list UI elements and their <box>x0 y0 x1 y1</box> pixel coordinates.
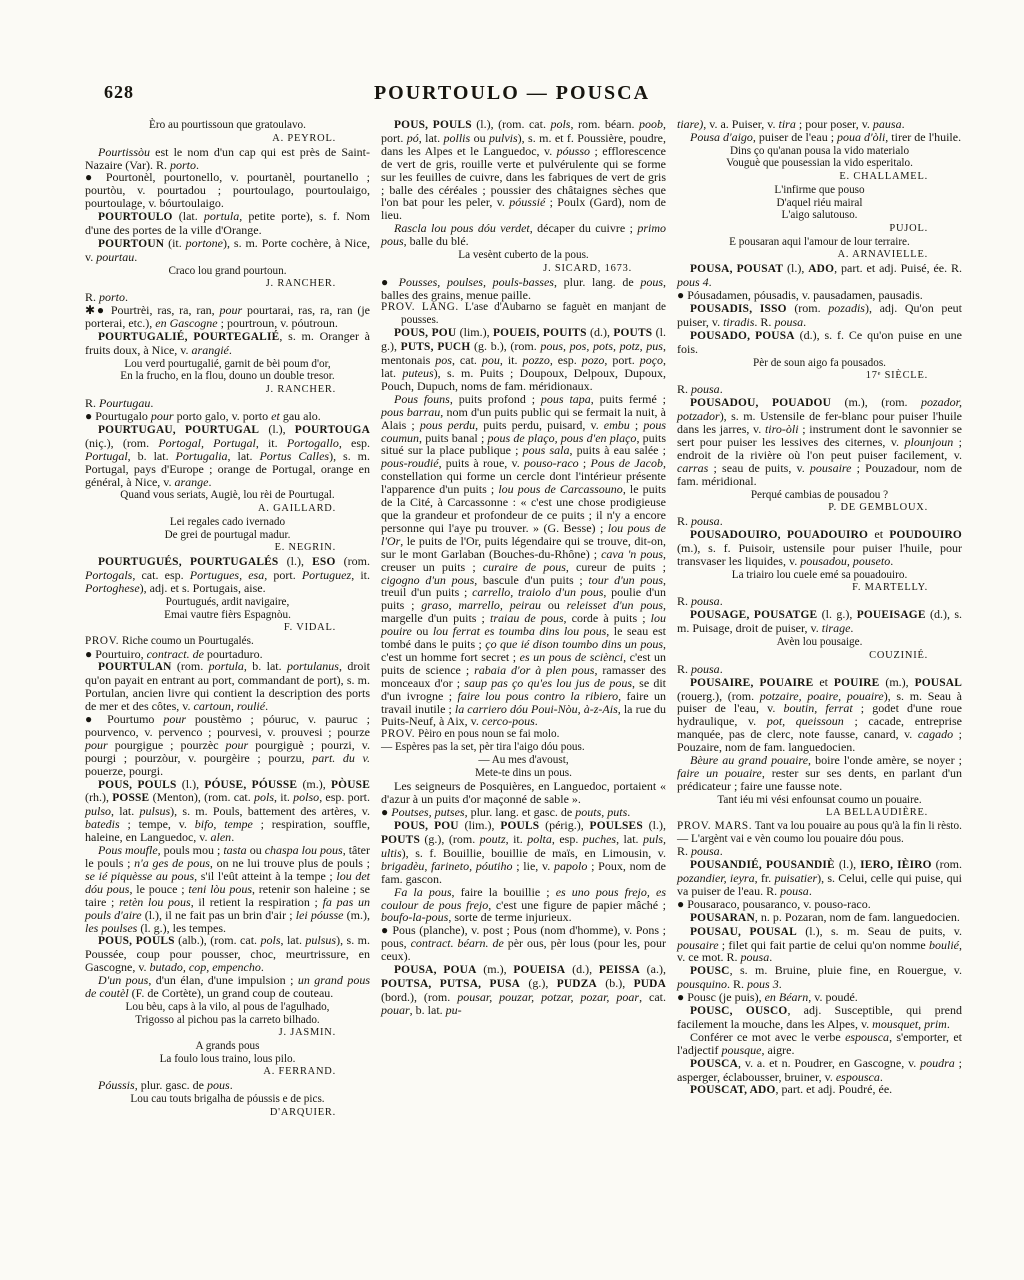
attribution: F. MARTELLY. <box>677 582 962 594</box>
entry-paragraph: POUSC, s. m. Bruine, pluie fine, en Roue… <box>677 964 962 991</box>
entry-paragraph: Pousa d'aigo, puiser de l'eau ; poua d'ò… <box>677 131 962 144</box>
attribution: COUZINIÉ. <box>677 650 962 662</box>
entry-paragraph: POUSADIS, ISSO (rom. pozadis), adj. Qu'o… <box>677 302 962 329</box>
attribution: 17ᵉ SIÈCLE. <box>677 370 962 382</box>
entry-paragraph: Fa la pous, faire la bouillie ; es uno p… <box>381 886 666 925</box>
verse-quote: — Au mes d'avoust,Mete-te dins un pous. <box>381 754 666 779</box>
entry-paragraph: POUSA, POUA (m.), POUEISA (d.), PEISSA (… <box>381 963 666 1017</box>
entry-paragraph: Pous moufle, pouls mou ; tasta ou chaspa… <box>85 844 370 934</box>
column-right: tiare), v. a. Puiser, v. tira ; pour pos… <box>677 118 962 1097</box>
entry-paragraph: R. pousa. <box>677 845 962 858</box>
entry-paragraph: POUS, POULS (l.), (rom. cat. pols, rom. … <box>381 118 666 222</box>
entry-paragraph: POURTOULO (lat. portula, petite porte), … <box>85 210 370 237</box>
attribution: A. FERRAND. <box>85 1066 370 1078</box>
attribution: P. DE GEMBLOUX. <box>677 502 962 514</box>
entry-paragraph: D'un pous, d'un élan, d'une impulsion ; … <box>85 974 370 1000</box>
verse-quote: Pèr de soun aigo fa pousados. <box>677 357 962 370</box>
entry-paragraph: POUSAIRE, POUAIRE et POUIRE (m.), POUSAL… <box>677 676 962 754</box>
entry-paragraph: POUSADOUIRO, POUADOUIRO et POUDOUIRO (m.… <box>677 528 962 568</box>
verse-quote: Pourtugués, ardit navigaire,Emai vautre … <box>85 596 370 621</box>
entry-paragraph: ● Pourtugalo pour porto galo, v. porto e… <box>85 410 370 423</box>
verse-quote: Lou verd pourtugalié, garnit de bèi poum… <box>85 358 370 383</box>
entry-paragraph: Póussis, plur. gasc. de pous. <box>85 1079 370 1092</box>
entry-paragraph: POURTUGAU, POURTUGAL (l.), POURTOUGA (ni… <box>85 423 370 489</box>
entry-paragraph: Pous founs, puits profond ; pous tapa, p… <box>381 393 666 729</box>
entry-paragraph: Pourtissòu est le nom d'un cap qui est p… <box>85 146 370 172</box>
entry-paragraph: POURTUGALIÉ, POURTEGALIÉ, s. m. Oranger … <box>85 330 370 357</box>
entry-paragraph: POUSARAN, n. p. Pozaran, nom de fam. lan… <box>677 911 962 925</box>
verse-quote: Dins ço qu'anan pousa la vido materialoV… <box>677 145 962 170</box>
page-header: 628 POURTOULO — POUSCA <box>0 82 1024 112</box>
entry-paragraph: POURTUGUÉS, POURTUGALÉS (l.), ESO (rom. … <box>85 555 370 595</box>
verse-quote: Avèn lou pousaige. <box>677 636 962 649</box>
entry-paragraph: Bèure au grand pouaire, boire l'onde amè… <box>677 754 962 793</box>
entry-paragraph: POUSCAT, ADO, part. et adj. Poudré, ée. <box>677 1083 962 1097</box>
entry-paragraph: POURTULAN (rom. portula, b. lat. portula… <box>85 660 370 713</box>
attribution: D'ARQUIER. <box>85 1107 370 1119</box>
attribution: A. GAILLARD. <box>85 503 370 515</box>
verse-quote: Lou bèu, caps à la vilo, al pous de l'ag… <box>85 1001 370 1026</box>
entry-paragraph: ● Pourtonèl, pourtonello, v. pourtanèl, … <box>85 171 370 210</box>
verse-quote: E pousaran aqui l'amour de lour terraire… <box>677 236 962 249</box>
entry-paragraph: POUS, POULS (alb.), (rom. cat. pols, lat… <box>85 934 370 974</box>
verse-quote: Craco lou grand pourtoun. <box>85 265 370 278</box>
verse-quote: La triairo lou cuele emé sa pouadouiro. <box>677 569 962 582</box>
entry-paragraph: POUSA, POUSAT (l.), ADO, part. et adj. P… <box>677 262 962 289</box>
column-center: POUS, POULS (l.), (rom. cat. pols, rom. … <box>381 118 666 1017</box>
entry-paragraph: Conférer ce mot avec le verbe espousca, … <box>677 1031 962 1057</box>
text-columns: Èro au pourtissoun que gratoulavo.A. PEY… <box>85 118 963 1120</box>
verse-quote: Quand vous seriats, Augiè, lou rèi de Po… <box>85 489 370 502</box>
entry-paragraph: POUS, POU (lim.), POULS (périg.), POULSE… <box>381 819 666 886</box>
attribution: J. RANCHER. <box>85 384 370 396</box>
entry-paragraph: ● Pousses, poulses, pouls-basses, plur. … <box>381 276 666 302</box>
attribution: F. VIDAL. <box>85 622 370 634</box>
entry-paragraph: POUS, POULS (l.), PÓUSE, PÓUSSE (m.), PÒ… <box>85 778 370 845</box>
attribution: E. NEGRIN. <box>85 542 370 554</box>
entry-paragraph: ● Poutses, putses, plur. lang. et gasc. … <box>381 806 666 819</box>
running-title: POURTOULO — POUSCA <box>0 82 1024 105</box>
entry-paragraph: POUSC, OUSCO, adj. Susceptible, qui pren… <box>677 1004 962 1031</box>
entry-paragraph: POUSCA, v. a. et n. Poudrer, en Gascogne… <box>677 1057 962 1084</box>
entry-paragraph: ✱● Pourtrèi, ras, ra, ran, pour pourtara… <box>85 304 370 330</box>
entry-paragraph: POUSADO, POUSA (d.), s. f. Ce qu'on puis… <box>677 329 962 356</box>
proverb: PROV. LANG. L'ase d'Aubarno se faguèt en… <box>381 301 666 326</box>
entry-paragraph: R. pousa. <box>677 515 962 528</box>
entry-paragraph: POUSADOU, POUADOU (m.), (rom. pozador, p… <box>677 396 962 487</box>
entry-paragraph: ● Pourtumo pour poustèmo ; póuruc, v. pa… <box>85 713 370 778</box>
attribution: E. CHALLAMEL. <box>677 171 962 183</box>
verse-quote: La vesènt cuberto de la pous. <box>381 249 666 262</box>
verse-quote: Tant iéu mi vési enfounsat coumo un poua… <box>677 794 962 807</box>
dictionary-page: 628 POURTOULO — POUSCA Èro au pourtissou… <box>0 0 1024 1280</box>
attribution: J. SICARD, 1673. <box>381 263 666 275</box>
entry-paragraph: Rascla lou pous dóu verdet, décaper du c… <box>381 222 666 248</box>
verse-quote: Perqué cambias de pousadou ? <box>677 489 962 502</box>
entry-paragraph: POUSANDIÉ, POUSANDIÈ (l.), IERO, IÈIRO (… <box>677 858 962 898</box>
proverb: PROV. Pèiro en pous noun se fai molo. <box>381 728 666 740</box>
entry-paragraph: POUSAGE, POUSATGE (l. g.), POUEISAGE (d.… <box>677 608 962 635</box>
attribution: A. PEYROL. <box>85 133 370 145</box>
attribution: J. JASMIN. <box>85 1027 370 1039</box>
entry-paragraph: ● Pous (planche), v. post ; Pous (nom d'… <box>381 924 666 963</box>
verse-quote: Èro au pourtissoun que gratoulavo. <box>85 119 370 132</box>
attribution: A. ARNAVIELLE. <box>677 249 962 261</box>
entry-paragraph: POURTOUN (it. portone), s. m. Porte coch… <box>85 237 370 264</box>
verse-quote: Lou cau touts brigalha de póussis e de p… <box>85 1093 370 1106</box>
proverb: — Espères pas la set, pèr tira l'aigo dó… <box>381 741 666 753</box>
verse-quote: L'infirme que pousoD'aquel riéu mairalL'… <box>677 184 962 222</box>
proverb: PROV. MARS. Tant va lou pouaire au pous … <box>677 820 962 832</box>
verse-quote: Lei regales cado ivernadoDe grei de pour… <box>85 516 370 541</box>
attribution: J. RANCHER. <box>85 278 370 290</box>
entry-paragraph: POUSAU, POUSAL (l.), s. m. Seau de puits… <box>677 925 962 965</box>
attribution: LA BELLAUDIÈRE. <box>677 807 962 819</box>
attribution: PUJOL. <box>677 223 962 235</box>
entry-paragraph: Les seigneurs de Posquières, en Languedo… <box>381 780 666 806</box>
verse-quote: A grands pousLa foulo lous traino, lous … <box>85 1040 370 1065</box>
column-left: Èro au pourtissoun que gratoulavo.A. PEY… <box>85 118 370 1120</box>
entry-paragraph: POUS, POU (lim.), POUEIS, POUITS (d.), P… <box>381 326 666 393</box>
